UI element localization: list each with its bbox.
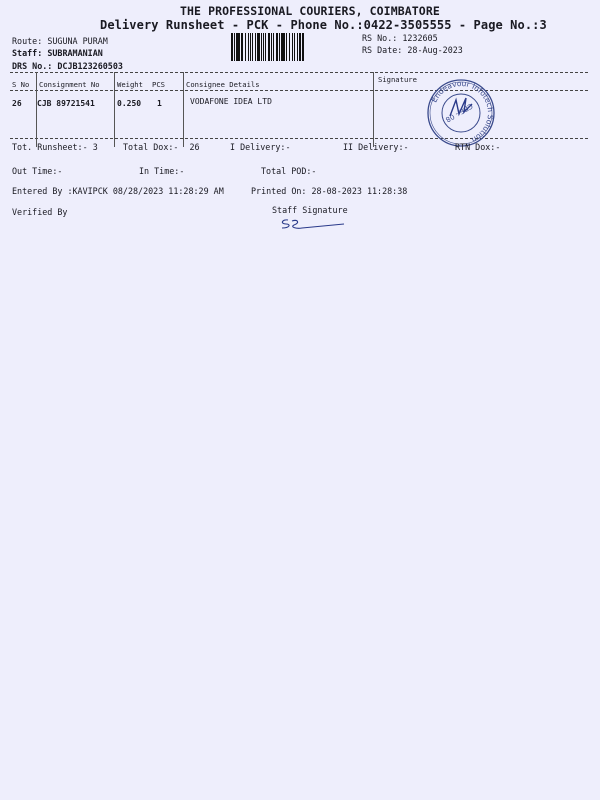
column-header-consignee-details: Consignee Details	[186, 80, 260, 89]
total-dox-field: Total Dox:- 26	[123, 142, 200, 152]
cell-pcs: 1	[157, 99, 162, 108]
column-divider	[183, 72, 184, 147]
printed-on: Printed On: 28-08-2023 11:28:38	[251, 186, 407, 196]
entered-by: Entered By :KAVIPCK 08/28/2023 11:28:29 …	[12, 186, 224, 196]
column-divider	[36, 72, 37, 147]
runsheet-subtitle: Delivery Runsheet - PCK - Phone No.:0422…	[100, 18, 547, 32]
rs-no-label: RS No.:	[362, 33, 397, 43]
rtn-dox-label: RTN Dox:-	[455, 142, 500, 152]
column-header-pcs: PCS	[152, 80, 165, 89]
company-stamp-icon: Endeavour Infotech Solution CBE - 08	[426, 78, 496, 148]
verified-by-label: Verified By	[12, 207, 67, 217]
column-divider	[114, 72, 115, 147]
table-bottom-rule	[10, 138, 588, 139]
barcode-icon	[231, 33, 361, 61]
staff-label: Staff:	[12, 48, 42, 58]
total-dox-value: 26	[190, 142, 200, 152]
route-label: Route:	[12, 36, 42, 46]
company-title: THE PROFESSIONAL COURIERS, COIMBATORE	[180, 4, 440, 18]
column-header-signature: Signature	[378, 75, 417, 84]
in-time-label: In Time:-	[139, 166, 184, 176]
staff-signature-icon	[278, 216, 348, 234]
column-header-consignment-no: Consignment No	[39, 80, 100, 89]
tot-runsheet-label: Tot. Runsheet:-	[12, 142, 88, 152]
cell-weight: 0.250	[117, 99, 141, 108]
staff-signature-label: Staff Signature	[272, 205, 348, 215]
drs-value: DCJB123260503	[57, 61, 123, 71]
column-divider	[373, 72, 374, 147]
cell-consignee: VODAFONE IDEA LTD	[190, 97, 272, 106]
table-header-rule	[10, 90, 588, 91]
drs-label: DRS No.:	[12, 61, 52, 71]
route-field: Route: SUGUNA PURAM	[12, 36, 108, 46]
rs-date-field: RS Date: 28-Aug-2023	[362, 45, 463, 55]
i-delivery-label: I Delivery:-	[230, 142, 291, 152]
table-top-rule	[10, 72, 588, 73]
rs-date-label: RS Date:	[362, 45, 402, 55]
staff-field: Staff: SUBRAMANIAN	[12, 48, 103, 58]
tot-runsheet-field: Tot. Runsheet:- 3	[12, 142, 98, 152]
rs-date-value: 28-Aug-2023	[407, 45, 462, 55]
cell-consignment-no: CJB 89721541	[37, 99, 95, 108]
out-time-label: Out Time:-	[12, 166, 62, 176]
staff-value: SUBRAMANIAN	[47, 48, 102, 58]
tot-runsheet-value: 3	[93, 142, 98, 152]
route-value: SUGUNA PURAM	[47, 36, 108, 46]
rs-no-field: RS No.: 1232605	[362, 33, 438, 43]
column-header-s-no: S No	[12, 80, 29, 89]
rs-no-value: 1232605	[402, 33, 437, 43]
drs-field: DRS No.: DCJB123260503	[12, 61, 123, 71]
total-pod-label: Total POD:-	[261, 166, 316, 176]
cell-s-no: 26	[12, 99, 22, 108]
column-header-weight: Weight	[117, 80, 143, 89]
total-dox-label: Total Dox:-	[123, 142, 178, 152]
ii-delivery-label: II Delivery:-	[343, 142, 409, 152]
